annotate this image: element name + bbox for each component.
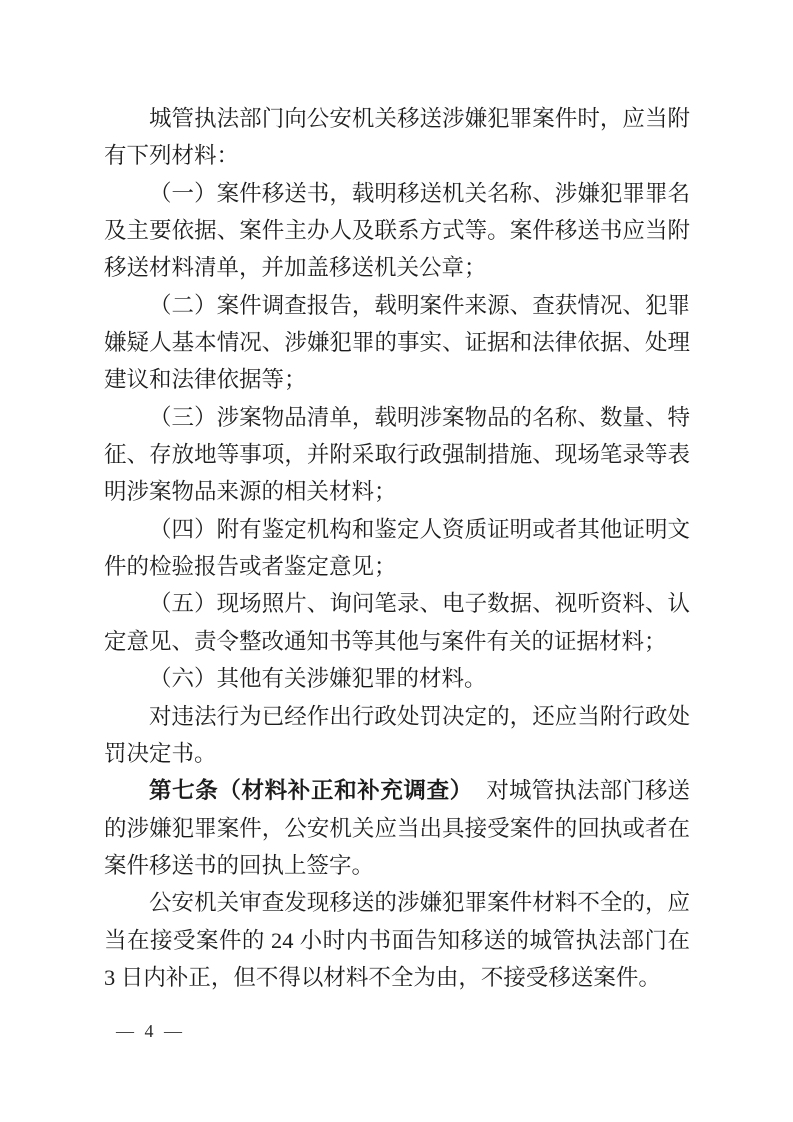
page-number: — 4 — [116,1020,185,1042]
paragraph-item-4: （四）附有鉴定机构和鉴定人资质证明或者其他证明文件的检验报告或者鉴定意见； [104,511,690,586]
article-7-heading: 第七条（材料补正和补充调查） [149,778,473,803]
paragraph-item-6: （六）其他有关涉嫌犯罪的材料。 [104,660,690,697]
paragraph-penalty-decision: 对违法行为已经作出行政处罚决定的，还应当附行政处罚决定书。 [104,698,690,773]
paragraph-item-3: （三）涉案物品清单，载明涉案物品的名称、数量、特征、存放地等事项，并附采取行政强… [104,399,690,511]
paragraph-item-5: （五）现场照片、询问笔录、电子数据、视听资料、认定意见、责令整改通知书等其他与案… [104,585,690,660]
paragraph-review: 公安机关审查发现移送的涉嫌犯罪案件材料不全的，应当在接受案件的 24 小时内书面… [104,884,690,996]
paragraph-item-1: （一）案件移送书，载明移送机关名称、涉嫌犯罪罪名及主要依据、案件主办人及联系方式… [104,175,690,287]
document-body: 城管执法部门向公安机关移送涉嫌犯罪案件时，应当附有下列材料： （一）案件移送书，… [104,100,690,996]
document-page: 城管执法部门向公安机关移送涉嫌犯罪案件时，应当附有下列材料： （一）案件移送书，… [0,0,793,1122]
paragraph-item-2: （二）案件调查报告，载明案件来源、查获情况、犯罪嫌疑人基本情况、涉嫌犯罪的事实、… [104,287,690,399]
paragraph-article-7: 第七条（材料补正和补充调查）对城管执法部门移送的涉嫌犯罪案件，公安机关应当出具接… [104,772,690,884]
paragraph-intro: 城管执法部门向公安机关移送涉嫌犯罪案件时，应当附有下列材料： [104,100,690,175]
